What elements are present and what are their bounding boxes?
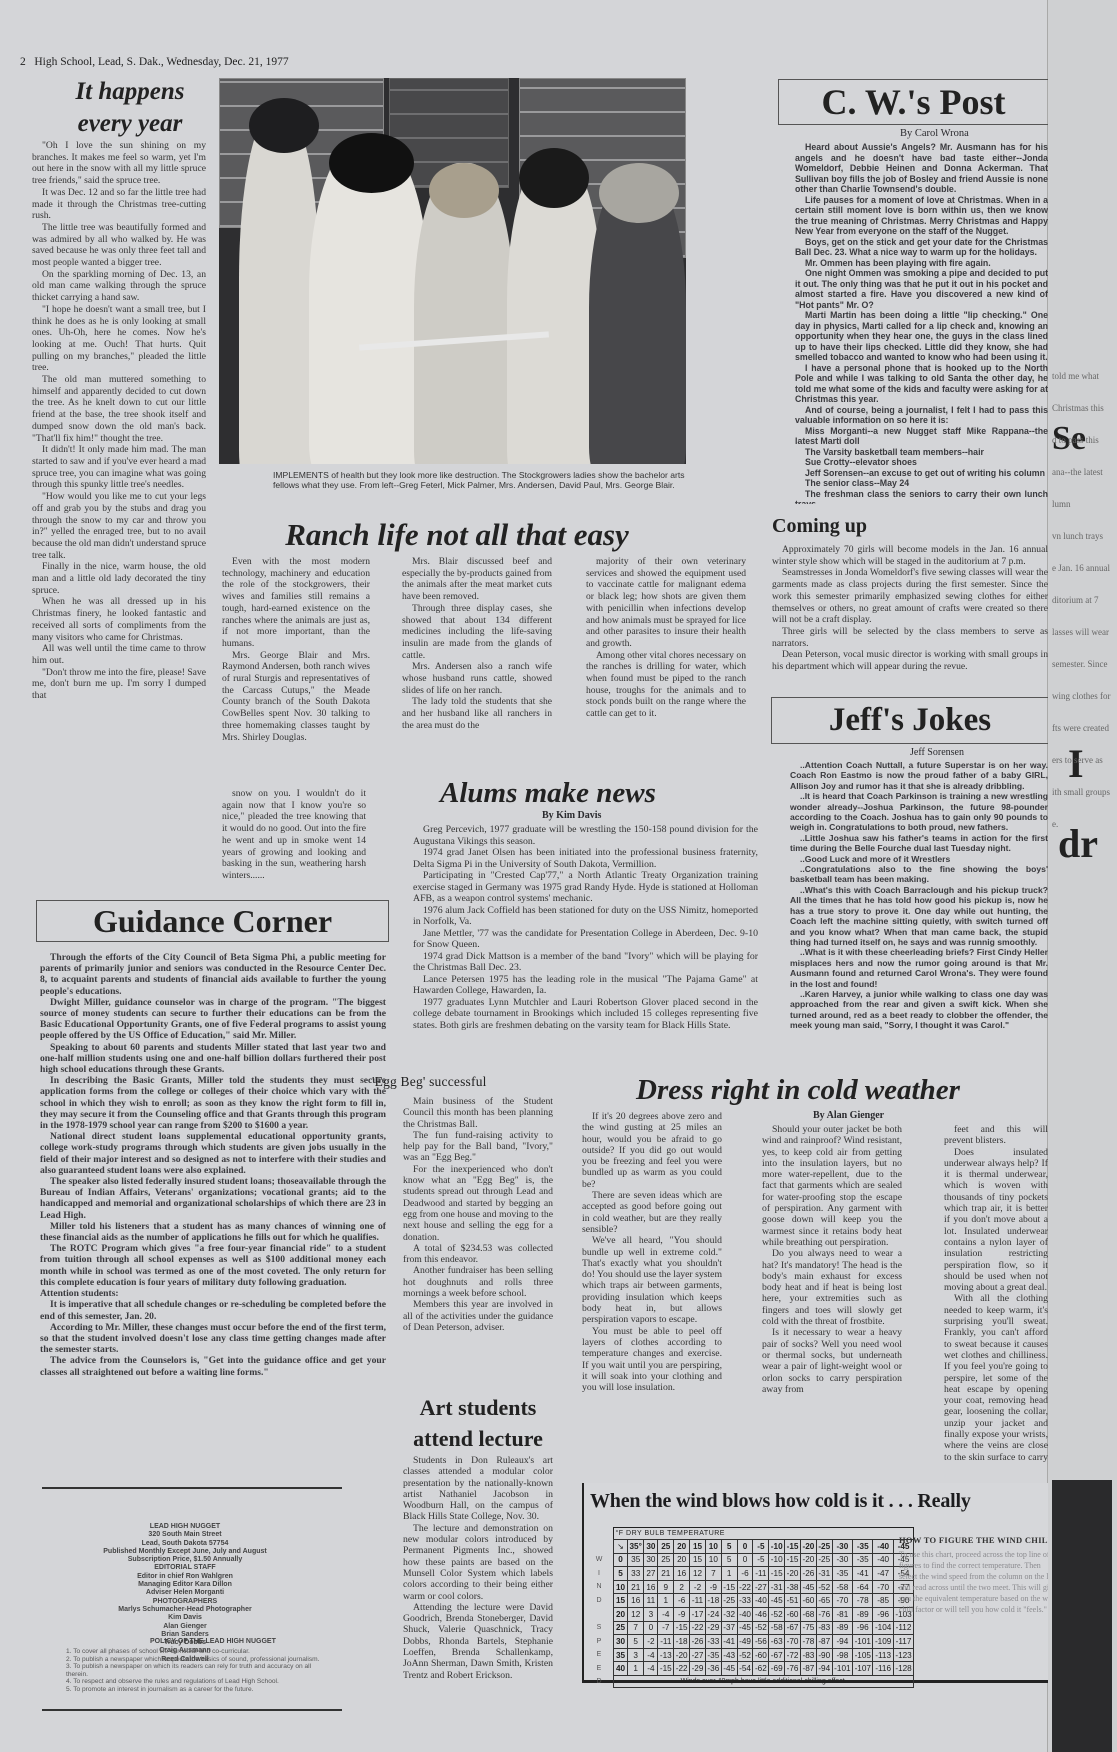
chill-value-cell: -40 xyxy=(753,1594,769,1608)
chill-value-cell: -24 xyxy=(705,1607,721,1621)
adjacent-text-fragment: wing clothes for xyxy=(1052,690,1111,702)
chill-value-cell: -29 xyxy=(690,1662,706,1676)
howto-text: To use this chart, proceed across the to… xyxy=(899,1549,1059,1615)
paragraph: Dean Peterson, vocal music director is w… xyxy=(772,649,1048,672)
paragraph: ..Congratulations also to the fine showi… xyxy=(790,864,1048,885)
chill-value-cell: 0 xyxy=(737,1553,753,1567)
adjacent-text-fragment: fts were created xyxy=(1052,722,1109,734)
speed-letter: W xyxy=(594,1553,604,1567)
chill-value-cell: 11 xyxy=(644,1594,658,1608)
headline-cw-post: C. W.'s Post xyxy=(821,81,1005,123)
chill-value-cell: 0 xyxy=(644,1621,658,1635)
paragraph: Three girls will be selected by the clas… xyxy=(772,626,1048,649)
chill-value-cell: 21 xyxy=(658,1567,674,1581)
chill-value-cell: -78 xyxy=(853,1594,873,1608)
paragraph: Lance Petersen 1975 has the leading role… xyxy=(413,974,758,997)
egg-beg-body: Main business of the Student Council thi… xyxy=(403,1096,553,1333)
headline-line: every year xyxy=(50,108,210,140)
chill-value-cell: -33 xyxy=(705,1635,721,1649)
cw-post-header-box: C. W.'s Post xyxy=(778,79,1048,125)
chill-value-cell: -96 xyxy=(853,1621,873,1635)
paragraph: ..Little Joshua saw his father's teams i… xyxy=(790,833,1048,854)
paragraph: "I hope he doesn't want a small tree, bu… xyxy=(32,304,206,374)
paragraph: Miss Morganti--a new Nugget staff Mike R… xyxy=(795,426,1048,447)
chill-value-cell: -62 xyxy=(753,1662,769,1676)
wind-speed-cell: 35 xyxy=(614,1648,628,1662)
chill-value-cell: -2 xyxy=(644,1635,658,1649)
speed-letter: D xyxy=(594,1675,604,1689)
chill-value-cell: -45 xyxy=(721,1662,737,1676)
temp-header-cell: 25 xyxy=(658,1540,674,1554)
paragraph: The freshman class the seniors to carry … xyxy=(795,489,1048,505)
masthead-bottom-rule xyxy=(42,1709,342,1711)
chill-value-cell: -18 xyxy=(674,1635,690,1649)
paragraph: ..What's this with Coach Barraclough and… xyxy=(790,885,1048,947)
paragraph: Adviser Helen Morganti xyxy=(55,1589,315,1597)
table-row: 10211692-2-9-15-22-27-31-38-45-52-58-64-… xyxy=(614,1580,914,1594)
paragraph: 2. To publish a newspaper which respects… xyxy=(66,1656,326,1664)
chill-value-cell: 16 xyxy=(674,1567,690,1581)
paragraph: Jane Mettler, '77 was the candidate for … xyxy=(413,928,758,951)
chill-value-cell: -41 xyxy=(721,1635,737,1649)
paragraph: Alan Gienger xyxy=(55,1623,315,1631)
chill-value-cell: -9 xyxy=(674,1607,690,1621)
chill-value-cell: -45 xyxy=(800,1580,816,1594)
chill-value-cell: 3 xyxy=(628,1648,644,1662)
chill-value-cell: -10 xyxy=(769,1553,785,1567)
table-row: 1516111-6-11-18-25-33-40-45-51-60-65-70-… xyxy=(614,1594,914,1608)
chill-value-cell: -56 xyxy=(753,1635,769,1649)
chill-value-cell: -13 xyxy=(658,1648,674,1662)
chill-value-cell: -60 xyxy=(785,1607,801,1621)
chill-value-cell: -40 xyxy=(873,1553,893,1567)
speed-letter: I xyxy=(594,1567,604,1581)
paragraph: If it's 20 degrees above zero and the wi… xyxy=(582,1111,722,1190)
chill-value-cell: 7 xyxy=(705,1567,721,1581)
paragraph: EDITORIAL STAFF xyxy=(55,1564,315,1572)
table-footnote: Winds over 40mph have little additional … xyxy=(614,1675,914,1687)
paragraph: Does insulated underwear always help? If… xyxy=(944,1147,1048,1294)
chill-value-cell: -104 xyxy=(873,1621,893,1635)
temp-header-cell: -30 xyxy=(832,1540,852,1554)
wind-chill-table: °F DRY BULB TEMPERATURE↘35°302520151050-… xyxy=(613,1527,914,1688)
paragraph: Heard about Aussie's Angels? Mr. Ausmann… xyxy=(795,142,1048,195)
chill-value-cell: -22 xyxy=(674,1662,690,1676)
temp-header-cell: 0 xyxy=(737,1540,753,1554)
chill-value-cell: -4 xyxy=(644,1648,658,1662)
chill-value-cell: -32 xyxy=(721,1607,737,1621)
paragraph: Marlys Schumacher-Head Photographer xyxy=(55,1606,315,1614)
chill-value-cell: 10 xyxy=(705,1553,721,1567)
paragraph: Jeff Sorensen--an excuse to get out of w… xyxy=(795,468,1048,479)
news-photo xyxy=(219,78,686,464)
article-tree-continuation: snow on you. I wouldn't do it again now … xyxy=(222,788,366,882)
chill-value-cell: -35 xyxy=(832,1567,852,1581)
chill-value-cell: -90 xyxy=(816,1648,832,1662)
paragraph: Through three display cases, she showed … xyxy=(402,603,552,662)
chill-value-cell: -33 xyxy=(737,1594,753,1608)
dress-column-2: Should your outer jacket be both wind an… xyxy=(762,1124,902,1395)
temp-header-cell: 35° xyxy=(628,1540,644,1554)
paragraph: Mrs. Blair discussed beef and especially… xyxy=(402,556,552,603)
chill-value-cell: 35 xyxy=(628,1553,644,1567)
chill-value-cell: -105 xyxy=(853,1648,873,1662)
paragraph: Life pauses for a moment of love at Chri… xyxy=(795,195,1048,237)
howto-title: HOW TO FIGURE THE WIND CHILL xyxy=(899,1535,1059,1545)
jeffs-jokes-header-box: Jeff's Jokes xyxy=(771,697,1048,744)
paragraph: ..Attention Coach Nuttall, a future Supe… xyxy=(790,760,1048,791)
adjacent-text-fragment: lumn xyxy=(1052,498,1071,510)
chill-value-cell: -29 xyxy=(705,1621,721,1635)
paragraph: Members this year are involved in all of… xyxy=(403,1299,553,1333)
paragraph: 1976 alum Jack Coffield has been station… xyxy=(413,905,758,928)
paragraph: "How would you like me to cut your legs … xyxy=(32,491,206,561)
paragraph: Even with the most modern technology, ma… xyxy=(222,556,370,650)
chill-value-cell: -22 xyxy=(690,1621,706,1635)
paragraph: 1. To cover all phases of school life-cu… xyxy=(66,1648,326,1656)
chill-value-cell: 16 xyxy=(644,1580,658,1594)
headline-ranch-life: Ranch life not all that easy xyxy=(222,517,692,553)
chill-value-cell: -2 xyxy=(690,1580,706,1594)
paragraph: Seamstresses in Jonda Womeldorf's five s… xyxy=(772,567,1048,626)
chill-value-cell: -58 xyxy=(832,1580,852,1594)
chill-value-cell: -70 xyxy=(832,1594,852,1608)
chill-value-cell: -113 xyxy=(873,1648,893,1662)
paragraph: On the sparkling morning of Dec. 13, an … xyxy=(32,269,206,304)
paragraph: 5. To promote an interest in journalism … xyxy=(66,1686,326,1694)
paragraph: ..Good Luck and more of it Wrestlers xyxy=(790,854,1048,864)
headline-it-happens: It happens every year xyxy=(50,76,210,140)
chill-value-cell: -83 xyxy=(800,1648,816,1662)
chill-value-cell: -58 xyxy=(769,1621,785,1635)
paragraph: All was well until the time came to thro… xyxy=(32,643,206,666)
paragraph: 3. To publish a newspaper on which its r… xyxy=(66,1663,326,1678)
alums-body: Greg Percevich, 1977 graduate will be wr… xyxy=(413,824,758,1031)
paragraph: Miller told his listeners that a student… xyxy=(40,1221,386,1243)
paragraph: Participating in "Crested Cap'77," a Nor… xyxy=(413,870,758,905)
paragraph: For the inexperienced who don't know wha… xyxy=(403,1164,553,1243)
adjacent-text-fragment: vn lunch trays xyxy=(1052,530,1103,542)
ranch-column-3: majority of their own veterinary service… xyxy=(586,556,746,720)
table-row: 305-2-11-18-26-33-41-49-56-63-70-78-87-9… xyxy=(614,1635,914,1649)
chill-value-cell: 1 xyxy=(658,1594,674,1608)
wind-speed-cell: 20 xyxy=(614,1607,628,1621)
chill-value-cell: -40 xyxy=(737,1607,753,1621)
art-students-body: Students in Don Ruleaux's art classes at… xyxy=(403,1455,553,1681)
paragraph: Lead, South Dakota 57754 xyxy=(55,1540,315,1548)
chill-value-cell: -89 xyxy=(853,1607,873,1621)
speed-letter: P xyxy=(594,1635,604,1649)
chill-value-cell: -83 xyxy=(816,1621,832,1635)
adjacent-text-fragment: ers to serve as xyxy=(1052,754,1103,766)
chill-value-cell: 1 xyxy=(628,1662,644,1676)
chill-value-cell: -15 xyxy=(658,1662,674,1676)
masthead-top-rule xyxy=(42,1487,342,1489)
dress-column-1: If it's 20 degrees above zero and the wi… xyxy=(582,1111,722,1393)
chill-value-cell: 16 xyxy=(628,1594,644,1608)
paragraph: ..It is heard that Coach Parkinson is tr… xyxy=(790,791,1048,833)
chill-value-cell: 2 xyxy=(674,1580,690,1594)
paragraph: majority of their own veterinary service… xyxy=(586,556,746,650)
chill-value-cell: -67 xyxy=(769,1648,785,1662)
chill-value-cell: 5 xyxy=(628,1635,644,1649)
chill-value-cell: -70 xyxy=(785,1635,801,1649)
page-number: 2 xyxy=(20,56,26,68)
table-row: 20123-4-9-17-24-32-40-46-52-60-68-76-81-… xyxy=(614,1607,914,1621)
headline-wind-chill: When the wind blows how cold is it . . .… xyxy=(590,1490,971,1513)
chill-value-cell: -101 xyxy=(832,1662,852,1676)
headline-jeffs-jokes: Jeff's Jokes xyxy=(829,702,991,739)
chill-value-cell: -54 xyxy=(737,1662,753,1676)
chill-value-cell: -81 xyxy=(832,1607,852,1621)
chill-value-cell: -4 xyxy=(658,1607,674,1621)
adjacent-text-fragment: lasses will wear xyxy=(1052,626,1109,638)
ranch-column-2: Mrs. Blair discussed beef and especially… xyxy=(402,556,552,732)
temp-header-cell: -40 xyxy=(873,1540,893,1554)
temp-header-cell: -25 xyxy=(816,1540,832,1554)
chill-value-cell: 9 xyxy=(658,1580,674,1594)
paragraph: The lady told the students that she and … xyxy=(402,696,552,731)
chill-value-cell: -63 xyxy=(769,1635,785,1649)
chill-value-cell: -18 xyxy=(705,1594,721,1608)
chill-value-cell: 33 xyxy=(628,1567,644,1581)
paragraph: Should your outer jacket be both wind an… xyxy=(762,1124,902,1248)
dress-byline: By Alan Gienger xyxy=(813,1110,884,1121)
paragraph: Boys, get on the stick and get your date… xyxy=(795,237,1048,258)
chill-value-cell: -31 xyxy=(769,1580,785,1594)
chill-value-cell: -20 xyxy=(785,1567,801,1581)
paragraph: "Oh I love the sun shining on my branche… xyxy=(32,140,206,187)
temp-header-cell: -20 xyxy=(800,1540,816,1554)
chill-value-cell: -49 xyxy=(737,1635,753,1649)
guidance-body: Through the efforts of the City Council … xyxy=(40,952,386,1458)
paragraph: snow on you. I wouldn't do it again now … xyxy=(222,788,366,882)
chill-value-cell: -72 xyxy=(785,1648,801,1662)
chill-value-cell: -52 xyxy=(816,1580,832,1594)
dateline: High School, Lead, S. Dak., Wednesday, D… xyxy=(34,56,288,68)
temp-header-cell: -5 xyxy=(753,1540,769,1554)
chill-value-cell: -107 xyxy=(853,1662,873,1676)
paragraph: We've all heard, "You should bundle up w… xyxy=(582,1235,722,1325)
chill-value-cell: -67 xyxy=(785,1621,801,1635)
chill-value-cell: -87 xyxy=(816,1635,832,1649)
chill-value-cell: -94 xyxy=(832,1635,852,1649)
adjacent-text-fragment: semester. Since xyxy=(1052,658,1108,670)
speed-letter: N xyxy=(594,1580,604,1594)
paragraph: Among other vital chores necessary on th… xyxy=(586,650,746,720)
chill-value-cell: -65 xyxy=(816,1594,832,1608)
chill-value-cell: -36 xyxy=(705,1662,721,1676)
chill-value-cell: -75 xyxy=(800,1621,816,1635)
chill-value-cell: -51 xyxy=(785,1594,801,1608)
chill-value-cell: -52 xyxy=(753,1621,769,1635)
chill-value-cell: -89 xyxy=(832,1621,852,1635)
temp-header-cell: -15 xyxy=(785,1540,801,1554)
headline-alums: Alums make news xyxy=(440,777,656,810)
chill-value-cell: -70 xyxy=(873,1580,893,1594)
chill-value-cell: -52 xyxy=(769,1607,785,1621)
chill-value-cell: -26 xyxy=(690,1635,706,1649)
paragraph: feet and this will prevent blisters. xyxy=(944,1124,1048,1147)
adjacent-text-fragment: Christmas this xyxy=(1052,402,1104,414)
chill-value-cell: -6 xyxy=(674,1594,690,1608)
paragraph: And of course, being a journalist, I fel… xyxy=(795,405,1048,426)
paragraph: One night Ommen was smoking a pipe and d… xyxy=(795,268,1048,310)
adjacent-text-fragment: e. xyxy=(1052,818,1058,830)
chill-value-cell: -64 xyxy=(853,1580,873,1594)
wind-chill-box: When the wind blows how cold is it . . .… xyxy=(582,1483,1050,1683)
chill-value-cell: -11 xyxy=(690,1594,706,1608)
headline-part: When the wind blows how cold is it . . . xyxy=(590,1490,917,1512)
policy-title: POLICY OF THE LEAD HIGH NUGGET xyxy=(150,1638,276,1645)
chill-value-cell: -15 xyxy=(785,1553,801,1567)
paragraph: Do you always need to wear a hat? It's m… xyxy=(762,1248,902,1327)
chill-value-cell: 1 xyxy=(721,1567,737,1581)
temp-header-cell: 5 xyxy=(721,1540,737,1554)
adjacent-headline-fragment: dr xyxy=(1058,820,1098,867)
chill-value-cell: -38 xyxy=(785,1580,801,1594)
paragraph: 320 South Main Street xyxy=(55,1531,315,1539)
chill-value-cell: -60 xyxy=(753,1648,769,1662)
chill-value-cell: 20 xyxy=(674,1553,690,1567)
chill-value-cell: 30 xyxy=(644,1553,658,1567)
ranch-column-1: Even with the most modern technology, ma… xyxy=(222,556,370,743)
paragraph: Attending the lecture were David Goodric… xyxy=(403,1602,553,1681)
paragraph: Approximately 70 girls will become model… xyxy=(772,544,1048,567)
paragraph: The speaker also listed federally insure… xyxy=(40,1176,386,1221)
table-title: °F DRY BULB TEMPERATURE xyxy=(614,1528,914,1540)
chill-value-cell: -109 xyxy=(873,1635,893,1649)
paragraph: "Don't throw me into the fire, please! S… xyxy=(32,667,206,702)
headline-coming-up: Coming up xyxy=(772,515,867,538)
speed-letter: D xyxy=(594,1594,604,1608)
adjacent-text-fragment: ith small groups xyxy=(1052,786,1110,798)
wind-speed-label: WIND SPEED xyxy=(594,1553,604,1689)
newspaper-page: 2 High School, Lead, S. Dak., Wednesday,… xyxy=(0,0,1048,1752)
table-row: 401-4-15-22-29-36-45-54-62-69-76-87-94-1… xyxy=(614,1662,914,1676)
wind-speed-cell: 10 xyxy=(614,1580,628,1594)
chill-value-cell: -20 xyxy=(674,1648,690,1662)
chill-value-cell: 3 xyxy=(644,1607,658,1621)
speed-letter: E xyxy=(594,1648,604,1662)
chill-value-cell: -31 xyxy=(816,1567,832,1581)
headline-guidance: Guidance Corner xyxy=(93,903,332,940)
chill-value-cell: -7 xyxy=(658,1621,674,1635)
chill-value-cell: -98 xyxy=(832,1648,852,1662)
chill-value-cell: -25 xyxy=(816,1553,832,1567)
chill-value-cell: -22 xyxy=(737,1580,753,1594)
chill-value-cell: -60 xyxy=(800,1594,816,1608)
paragraph: 1977 graduates Lynn Mutchler and Lauri R… xyxy=(413,997,758,1032)
temp-header-cell: -10 xyxy=(769,1540,785,1554)
chill-value-cell: -11 xyxy=(658,1635,674,1649)
chill-value-cell: -101 xyxy=(853,1635,873,1649)
chill-value-cell: -20 xyxy=(800,1553,816,1567)
chill-value-cell: -87 xyxy=(800,1662,816,1676)
chill-value-cell: -45 xyxy=(737,1621,753,1635)
chill-value-cell: -4 xyxy=(644,1662,658,1676)
chill-value-cell: -17 xyxy=(690,1607,706,1621)
paragraph: Mr. Ommen has been playing with fire aga… xyxy=(795,258,1048,269)
paragraph: Sue Crotty--elevator shoes xyxy=(795,457,1048,468)
adjacent-text-fragment: ana--the latest xyxy=(1052,466,1103,478)
headline-line: attend lecture xyxy=(403,1423,553,1454)
chill-value-cell: -128 xyxy=(893,1662,913,1676)
paragraph: Main business of the Student Council thi… xyxy=(403,1096,553,1130)
chill-value-cell: -94 xyxy=(816,1662,832,1676)
table-row: 2570-7-15-22-29-37-45-52-58-67-75-83-89-… xyxy=(614,1621,914,1635)
paragraph: Subscription Price, $1.50 Annually xyxy=(55,1556,315,1564)
subhead-attention: Attention students: xyxy=(40,1288,386,1299)
headline-line: It happens xyxy=(50,76,210,108)
wind-speed-cell: 25 xyxy=(614,1621,628,1635)
chill-value-cell: -15 xyxy=(769,1567,785,1581)
guidance-header-box: Guidance Corner xyxy=(36,900,389,942)
page-folio: 2 High School, Lead, S. Dak., Wednesday,… xyxy=(20,56,289,68)
temp-header-cell: 30 xyxy=(644,1540,658,1554)
headline-dress-right: Dress right in cold weather xyxy=(636,1074,960,1107)
chill-value-cell: 25 xyxy=(658,1553,674,1567)
chill-value-cell: 27 xyxy=(644,1567,658,1581)
wind-speed-cell: 30 xyxy=(614,1635,628,1649)
chill-value-cell: -112 xyxy=(893,1621,913,1635)
alums-byline: By Kim Davis xyxy=(542,810,601,821)
chill-value-cell: -41 xyxy=(853,1567,873,1581)
speed-letter xyxy=(594,1607,604,1621)
adjacent-text-fragment: told me what xyxy=(1052,370,1099,382)
chill-value-cell: -27 xyxy=(753,1580,769,1594)
chill-value-cell: 15 xyxy=(690,1553,706,1567)
wind-chill-howto: HOW TO FIGURE THE WIND CHILL To use this… xyxy=(899,1535,1059,1615)
chill-value-cell: -85 xyxy=(873,1594,893,1608)
chill-value-cell: -47 xyxy=(873,1567,893,1581)
chill-value-cell: -37 xyxy=(721,1621,737,1635)
wind-speed-cell: 0 xyxy=(614,1553,628,1567)
paragraph: Mrs. Andersen also a ranch wife whose hu… xyxy=(402,661,552,696)
paragraph: The Varsity basketball team members--hai… xyxy=(795,447,1048,458)
photo-caption: IMPLEMENTS of health but they look more … xyxy=(273,470,687,491)
paragraph: Editor in chief Ron Wahlgren xyxy=(55,1573,315,1581)
chill-value-cell: -76 xyxy=(816,1607,832,1621)
chill-value-cell: -52 xyxy=(737,1648,753,1662)
chill-value-cell: -69 xyxy=(769,1662,785,1676)
chill-value-cell: -76 xyxy=(785,1662,801,1676)
paragraph: Speaking to about 60 parents and student… xyxy=(40,1042,386,1076)
speed-letter: E xyxy=(594,1662,604,1676)
wind-speed-cell: 40 xyxy=(614,1662,628,1676)
masthead-policy: 1. To cover all phases of school life-cu… xyxy=(66,1648,326,1694)
paragraph: The fun fund-raising activity to help pa… xyxy=(403,1130,553,1164)
paragraph: Another fundraiser has been selling hot … xyxy=(403,1265,553,1299)
corner-cell: ↘ xyxy=(614,1540,628,1554)
paragraph: A total of $234.53 was collected from th… xyxy=(403,1243,553,1266)
paragraph: PHOTOGRAPHERS xyxy=(55,1598,315,1606)
paragraph: I have a personal phone that is hooked u… xyxy=(795,363,1048,405)
paragraph: Dwight Miller, guidance counselor was in… xyxy=(40,997,386,1042)
paragraph: ..Karen Harvey, a junior while walking t… xyxy=(790,989,1048,1031)
paragraph: It was Dec. 12 and so far the little tre… xyxy=(32,187,206,222)
paragraph: National direct student loans supplement… xyxy=(40,1131,386,1176)
paragraph: The advice from the Counselors is, "Get … xyxy=(40,1355,386,1377)
paragraph: The senior class--May 24 xyxy=(795,478,1048,489)
temp-header-cell: 20 xyxy=(674,1540,690,1554)
paragraph: In describing the Basic Grants, Miller t… xyxy=(40,1075,386,1131)
paragraph: It didn't! It only made him mad. The man… xyxy=(32,444,206,491)
paragraph: Students in Don Ruleaux's art classes at… xyxy=(403,1455,553,1523)
chill-value-cell: -25 xyxy=(721,1594,737,1608)
chill-value-cell: 12 xyxy=(690,1567,706,1581)
chill-value-cell: -117 xyxy=(893,1635,913,1649)
